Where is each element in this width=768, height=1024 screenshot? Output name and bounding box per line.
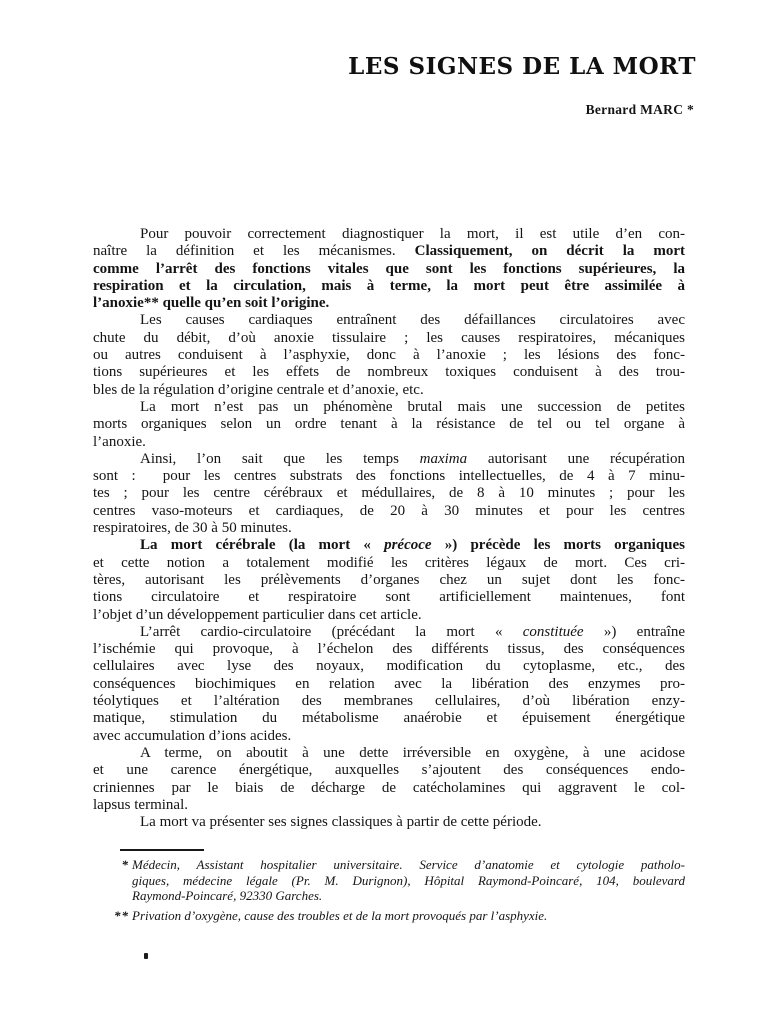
text-line: respiration et la circulation, mais à te… bbox=[93, 278, 685, 295]
text-segment: tères, autorisant les prélèvements d’org… bbox=[93, 572, 685, 588]
text-segment: l’objet d’un développement particulier d… bbox=[93, 607, 422, 623]
text-line: matique, stimulation du métabolisme anaé… bbox=[93, 710, 685, 727]
text-segment: ou autres conduisent à l’asphyxie, donc … bbox=[93, 347, 685, 363]
text-segment: bles de la régulation d’origine centrale… bbox=[93, 382, 424, 398]
page-title: LES SIGNES DE LA MORT bbox=[348, 53, 696, 80]
text-segment: La mort n’est pas un phénomène brutal ma… bbox=[140, 399, 685, 415]
text-segment: tions circulatoire et respiratoire sont … bbox=[93, 589, 685, 605]
text-segment: matique, stimulation du métabolisme anaé… bbox=[93, 710, 685, 726]
text-line: l’anoxie** quelle qu’en soit l’origine. bbox=[93, 295, 685, 312]
footnote-marker: ** bbox=[93, 908, 129, 924]
text-segment: constituée bbox=[523, 624, 584, 640]
text-segment: sont : pour les centres substrats des fo… bbox=[93, 468, 685, 484]
footnote-marker: * bbox=[93, 857, 129, 873]
text-line: bles de la régulation d’origine centrale… bbox=[93, 382, 685, 399]
text-segment: ») précède les morts organiques bbox=[432, 537, 685, 553]
text-line: La mort cérébrale (la mort « précoce ») … bbox=[93, 537, 685, 554]
text-segment: autorisant une récupération bbox=[467, 451, 685, 467]
text-segment: Ainsi, l’on sait que les temps bbox=[140, 451, 420, 467]
text-segment: A terme, on aboutit à une dette irrévers… bbox=[140, 745, 685, 761]
text-line: Les causes cardiaques entraînent des déf… bbox=[93, 312, 685, 329]
text-segment: respiration et la circulation, mais à te… bbox=[93, 278, 685, 294]
text-segment: ») entraîne bbox=[584, 624, 685, 640]
footnote-line: Raymond-Poincaré, 92330 Garches. bbox=[132, 888, 685, 904]
document-page: LES SIGNES DE LA MORT Bernard MARC * Pou… bbox=[0, 0, 768, 1024]
text-line: A terme, on aboutit à une dette irrévers… bbox=[93, 745, 685, 762]
text-line: avec accumulation d’ions acides. bbox=[93, 728, 685, 745]
text-segment: comme l’arrêt des fonctions vitales que … bbox=[93, 261, 685, 277]
text-segment: tions supérieures et les effets de nombr… bbox=[93, 364, 685, 380]
text-segment: cellulaires avec lyse des noyaux, modifi… bbox=[93, 658, 685, 674]
text-line: conséquences biochimiques en relation av… bbox=[93, 676, 685, 693]
text-segment: Pour pouvoir correctement diagnostiquer … bbox=[140, 226, 685, 242]
text-line: tions circulatoire et respiratoire sont … bbox=[93, 589, 685, 606]
ink-spot bbox=[144, 953, 148, 959]
text-line: La mort va présenter ses signes classiqu… bbox=[93, 814, 685, 831]
text-line: et une carence énergétique, auxquelles s… bbox=[93, 762, 685, 779]
text-line: L’arrêt cardio-circulatoire (précédant l… bbox=[93, 624, 685, 641]
text-segment: Classiquement, on décrit la mort bbox=[415, 243, 685, 259]
text-segment: La mort va présenter ses signes classiqu… bbox=[140, 814, 542, 830]
text-line: naître la définition et les mécanismes. … bbox=[93, 243, 685, 260]
text-line: La mort n’est pas un phénomène brutal ma… bbox=[93, 399, 685, 416]
text-segment: et une carence énergétique, auxquelles s… bbox=[93, 762, 685, 778]
text-line: cellulaires avec lyse des noyaux, modifi… bbox=[93, 658, 685, 675]
text-segment: La mort cérébrale (la mort « bbox=[140, 537, 384, 553]
text-line: l’objet d’un développement particulier d… bbox=[93, 607, 685, 624]
text-line: tères, autorisant les prélèvements d’org… bbox=[93, 572, 685, 589]
text-line: l’anoxie. bbox=[93, 434, 685, 451]
text-segment: chute du débit, d’où anoxie tissulaire ;… bbox=[93, 330, 685, 346]
text-line: criniennes par le biais de décharge de c… bbox=[93, 780, 685, 797]
author-byline: Bernard MARC * bbox=[586, 102, 694, 118]
text-line: lapsus terminal. bbox=[93, 797, 685, 814]
text-line: téolytiques et l’altération des membrane… bbox=[93, 693, 685, 710]
text-segment: conséquences biochimiques en relation av… bbox=[93, 676, 685, 692]
text-segment: Les causes cardiaques entraînent des déf… bbox=[140, 312, 685, 328]
text-segment: maxima bbox=[420, 451, 468, 467]
text-line: chute du débit, d’où anoxie tissulaire ;… bbox=[93, 330, 685, 347]
text-segment: l’ischémie qui provoque, à l’échelon des… bbox=[93, 641, 685, 657]
footnote: **Privation d’oxygène, cause des trouble… bbox=[93, 908, 685, 924]
text-segment: respiratoires, de 30 à 50 minutes. bbox=[93, 520, 292, 536]
text-segment: l’anoxie. bbox=[93, 434, 146, 450]
text-segment: L’arrêt cardio-circulatoire (précédant l… bbox=[140, 624, 523, 640]
body-text: Pour pouvoir correctement diagnostiquer … bbox=[93, 226, 685, 831]
text-line: Ainsi, l’on sait que les temps maxima au… bbox=[93, 451, 685, 468]
text-line: comme l’arrêt des fonctions vitales que … bbox=[93, 261, 685, 278]
text-segment: criniennes par le biais de décharge de c… bbox=[93, 780, 685, 796]
text-segment: tes ; pour les centre cérébraux et médul… bbox=[93, 485, 685, 501]
text-segment: centres vaso-moteurs et cardiaques, de 2… bbox=[93, 503, 685, 519]
text-segment: lapsus terminal. bbox=[93, 797, 188, 813]
text-segment: naître la définition et les mécanismes. bbox=[93, 243, 415, 259]
text-line: centres vaso-moteurs et cardiaques, de 2… bbox=[93, 503, 685, 520]
text-line: ou autres conduisent à l’asphyxie, donc … bbox=[93, 347, 685, 364]
text-line: tions supérieures et les effets de nombr… bbox=[93, 364, 685, 381]
footnote-line: Privation d’oxygène, cause des troubles … bbox=[132, 908, 685, 924]
text-segment: précoce bbox=[384, 537, 431, 553]
text-line: l’ischémie qui provoque, à l’échelon des… bbox=[93, 641, 685, 658]
text-line: tes ; pour les centre cérébraux et médul… bbox=[93, 485, 685, 502]
footnote: *Médecin, Assistant hospitalier universi… bbox=[93, 857, 685, 904]
text-segment: avec accumulation d’ions acides. bbox=[93, 728, 291, 744]
text-segment: téolytiques et l’altération des membrane… bbox=[93, 693, 685, 709]
text-segment: et cette notion a totalement modifié les… bbox=[93, 555, 685, 571]
footnote-line: giques, médecine légale (Pr. M. Durignon… bbox=[132, 873, 685, 889]
text-line: morts organiques selon un ordre tenant à… bbox=[93, 416, 685, 433]
footnote-separator bbox=[120, 849, 204, 851]
text-line: respiratoires, de 30 à 50 minutes. bbox=[93, 520, 685, 537]
text-line: sont : pour les centres substrats des fo… bbox=[93, 468, 685, 485]
text-line: et cette notion a totalement modifié les… bbox=[93, 555, 685, 572]
text-segment: morts organiques selon un ordre tenant à… bbox=[93, 416, 685, 432]
text-segment: l’anoxie** quelle qu’en soit l’origine. bbox=[93, 295, 329, 311]
footnotes: *Médecin, Assistant hospitalier universi… bbox=[93, 857, 685, 927]
footnote-line: Médecin, Assistant hospitalier universit… bbox=[132, 857, 685, 873]
text-line: Pour pouvoir correctement diagnostiquer … bbox=[93, 226, 685, 243]
